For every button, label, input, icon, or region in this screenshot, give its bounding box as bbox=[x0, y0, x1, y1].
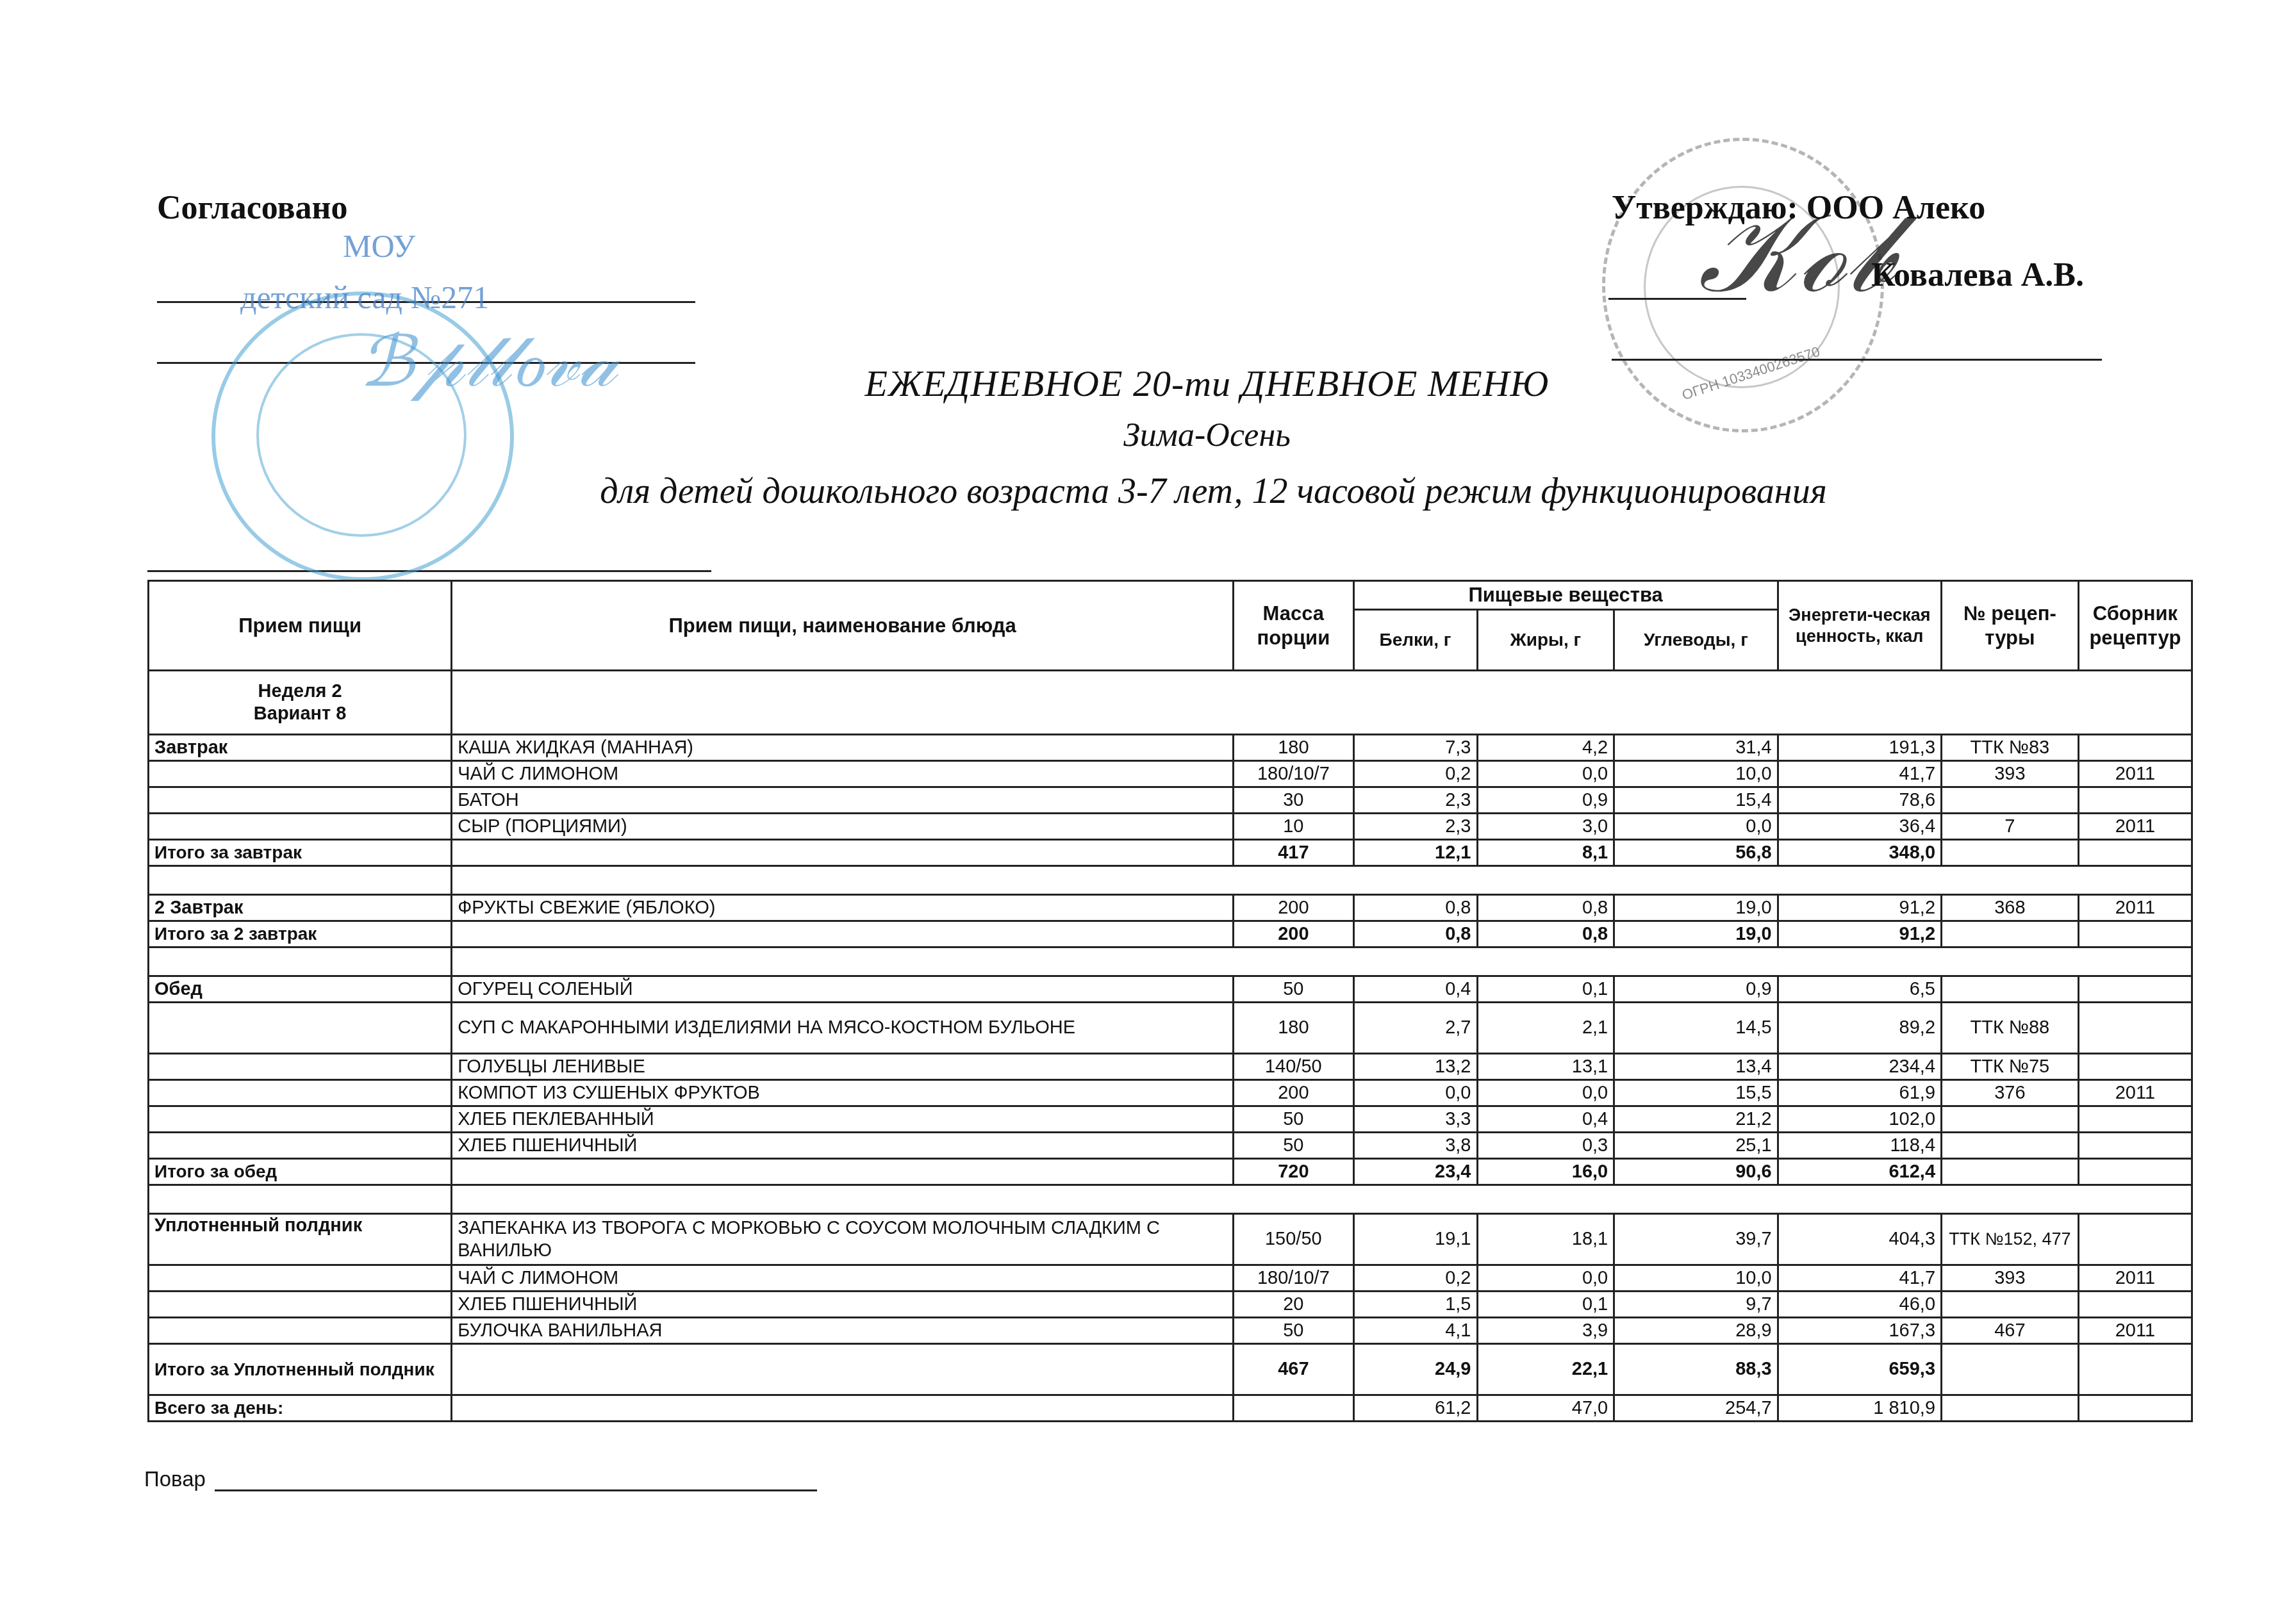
cook-signature-line bbox=[215, 1489, 817, 1491]
carbs-cell: 31,4 bbox=[1614, 735, 1778, 761]
header-fat: Жиры, г bbox=[1477, 610, 1614, 671]
meal-cell: Итого за обед bbox=[149, 1159, 452, 1185]
protein-cell: 4,1 bbox=[1353, 1318, 1477, 1344]
approver-name: Ковалева А.В. bbox=[1871, 256, 2084, 294]
carbs-cell: 90,6 bbox=[1614, 1159, 1778, 1185]
table-row: ГОЛУБЦЫ ЛЕНИВЫЕ140/5013,213,113,4234,4ТТ… bbox=[149, 1054, 2192, 1080]
dish-cell: КОМПОТ ИЗ СУШЕНЫХ ФРУКТОВ bbox=[452, 1080, 1234, 1106]
collection-cell: 2011 bbox=[2078, 814, 2192, 840]
carbs-cell: 56,8 bbox=[1614, 840, 1778, 866]
fat-cell: 0,0 bbox=[1477, 1265, 1614, 1292]
fat-cell: 0,0 bbox=[1477, 761, 1614, 787]
meal-cell bbox=[149, 1003, 452, 1054]
table-row: Уплотненный полдникЗАПЕКАНКА ИЗ ТВОРОГА … bbox=[149, 1214, 2192, 1265]
energy-cell: 36,4 bbox=[1778, 814, 1941, 840]
dish-cell: ЗАПЕКАНКА ИЗ ТВОРОГА С МОРКОВЬЮ С СОУСОМ… bbox=[452, 1214, 1234, 1265]
menu-season: Зима-Осень bbox=[0, 416, 2273, 454]
meal-cell bbox=[149, 1106, 452, 1133]
recipe-cell bbox=[1942, 787, 2079, 814]
meal-cell: Итого за 2 завтрак bbox=[149, 921, 452, 947]
mass-cell: 180/10/7 bbox=[1234, 761, 1354, 787]
collection-cell bbox=[2078, 1003, 2192, 1054]
collection-cell bbox=[2078, 787, 2192, 814]
recipe-cell: ТТК №88 bbox=[1942, 1003, 2079, 1054]
mass-cell: 467 bbox=[1234, 1344, 1354, 1395]
meal-cell: Всего за день: bbox=[149, 1395, 452, 1422]
recipe-cell bbox=[1942, 1159, 2079, 1185]
protein-cell: 0,8 bbox=[1353, 895, 1477, 921]
meal-cell bbox=[149, 761, 452, 787]
dish-cell: ХЛЕБ ПЕКЛЕВАННЫЙ bbox=[452, 1106, 1234, 1133]
fat-cell: 3,9 bbox=[1477, 1318, 1614, 1344]
spacer-cell bbox=[452, 866, 2192, 895]
menu-subtitle: для детей дошкольного возраста 3-7 лет, … bbox=[0, 471, 2273, 512]
meal-cell bbox=[149, 1133, 452, 1159]
fat-cell: 0,0 bbox=[1477, 1080, 1614, 1106]
meal-cell bbox=[149, 814, 452, 840]
table-row: ХЛЕБ ПШЕНИЧНЫЙ201,50,19,746,0 bbox=[149, 1292, 2192, 1318]
table-row: БАТОН302,30,915,478,6 bbox=[149, 787, 2192, 814]
stamp-org-text: МОУ bbox=[343, 227, 415, 265]
protein-cell: 24,9 bbox=[1353, 1344, 1477, 1395]
protein-cell: 7,3 bbox=[1353, 735, 1477, 761]
recipe-cell bbox=[1942, 976, 2079, 1003]
signature-line bbox=[1608, 298, 1746, 300]
mass-cell: 417 bbox=[1234, 840, 1354, 866]
protein-cell: 19,1 bbox=[1353, 1214, 1477, 1265]
collection-cell bbox=[2078, 1106, 2192, 1133]
fat-cell: 0,8 bbox=[1477, 895, 1614, 921]
collection-cell: 2011 bbox=[2078, 1318, 2192, 1344]
fat-cell: 0,4 bbox=[1477, 1106, 1614, 1133]
carbs-cell: 15,4 bbox=[1614, 787, 1778, 814]
mass-cell: 140/50 bbox=[1234, 1054, 1354, 1080]
spacer-row bbox=[149, 947, 2192, 976]
protein-cell: 3,3 bbox=[1353, 1106, 1477, 1133]
dish-cell: ЧАЙ С ЛИМОНОМ bbox=[452, 1265, 1234, 1292]
recipe-cell bbox=[1942, 1106, 2079, 1133]
mass-cell: 180 bbox=[1234, 735, 1354, 761]
energy-cell: 102,0 bbox=[1778, 1106, 1941, 1133]
meal-cell bbox=[149, 1265, 452, 1292]
meal-cell: 2 Завтрак bbox=[149, 895, 452, 921]
collection-cell: 2011 bbox=[2078, 895, 2192, 921]
meal-cell: Уплотненный полдник bbox=[149, 1214, 452, 1265]
agreed-label: Согласовано bbox=[157, 189, 348, 227]
grand-total-row: Всего за день:61,247,0254,71 810,9 bbox=[149, 1395, 2192, 1422]
fat-cell: 0,9 bbox=[1477, 787, 1614, 814]
dish-cell: ФРУКТЫ СВЕЖИЕ (ЯБЛОКО) bbox=[452, 895, 1234, 921]
cook-label: Повар bbox=[144, 1467, 206, 1491]
energy-cell: 6,5 bbox=[1778, 976, 1941, 1003]
energy-cell: 89,2 bbox=[1778, 1003, 1941, 1054]
meal-cell bbox=[149, 1080, 452, 1106]
dish-cell: БУЛОЧКА ВАНИЛЬНАЯ bbox=[452, 1318, 1234, 1344]
dish-cell bbox=[452, 1395, 1234, 1422]
fat-cell: 18,1 bbox=[1477, 1214, 1614, 1265]
meal-cell: Обед bbox=[149, 976, 452, 1003]
mass-cell: 50 bbox=[1234, 1318, 1354, 1344]
protein-cell: 0,8 bbox=[1353, 921, 1477, 947]
carbs-cell: 39,7 bbox=[1614, 1214, 1778, 1265]
meal-cell: Итого за Уплотненный полдник bbox=[149, 1344, 452, 1395]
variant-label: Вариант 8 bbox=[154, 703, 445, 725]
collection-cell bbox=[2078, 840, 2192, 866]
menu-table: Прием пищи Прием пищи, наименование блюд… bbox=[147, 580, 2193, 1422]
dish-cell bbox=[452, 1344, 1234, 1395]
carbs-cell: 0,0 bbox=[1614, 814, 1778, 840]
mass-cell: 50 bbox=[1234, 976, 1354, 1003]
recipe-cell: ТТК №75 bbox=[1942, 1054, 2079, 1080]
carbs-cell: 254,7 bbox=[1614, 1395, 1778, 1422]
header-meal: Прием пищи bbox=[149, 581, 452, 671]
recipe-cell bbox=[1942, 840, 2079, 866]
collection-cell bbox=[2078, 976, 2192, 1003]
table-row: ЧАЙ С ЛИМОНОМ180/10/70,20,010,041,739320… bbox=[149, 1265, 2192, 1292]
collection-cell bbox=[2078, 1214, 2192, 1265]
dish-cell: ХЛЕБ ПШЕНИЧНЫЙ bbox=[452, 1292, 1234, 1318]
spacer-cell bbox=[149, 866, 452, 895]
table-row: ЗавтракКАША ЖИДКАЯ (МАННАЯ)1807,34,231,4… bbox=[149, 735, 2192, 761]
mass-cell: 180 bbox=[1234, 1003, 1354, 1054]
fat-cell: 0,8 bbox=[1477, 921, 1614, 947]
table-row: 2 ЗавтракФРУКТЫ СВЕЖИЕ (ЯБЛОКО)2000,80,8… bbox=[149, 895, 2192, 921]
header-mass: Масса порции bbox=[1234, 581, 1354, 671]
table-row: СУП С МАКАРОННЫМИ ИЗДЕЛИЯМИ НА МЯСО-КОСТ… bbox=[149, 1003, 2192, 1054]
energy-cell: 404,3 bbox=[1778, 1214, 1941, 1265]
carbs-cell: 25,1 bbox=[1614, 1133, 1778, 1159]
energy-cell: 191,3 bbox=[1778, 735, 1941, 761]
collection-cell bbox=[2078, 1133, 2192, 1159]
carbs-cell: 21,2 bbox=[1614, 1106, 1778, 1133]
energy-cell: 41,7 bbox=[1778, 1265, 1941, 1292]
mass-cell: 50 bbox=[1234, 1106, 1354, 1133]
spacer-cell bbox=[452, 947, 2192, 976]
protein-cell: 2,7 bbox=[1353, 1003, 1477, 1054]
dish-cell: СУП С МАКАРОННЫМИ ИЗДЕЛИЯМИ НА МЯСО-КОСТ… bbox=[452, 1003, 1234, 1054]
fat-cell: 13,1 bbox=[1477, 1054, 1614, 1080]
dish-cell: СЫР (ПОРЦИЯМИ) bbox=[452, 814, 1234, 840]
fat-cell: 4,2 bbox=[1477, 735, 1614, 761]
mass-cell: 50 bbox=[1234, 1133, 1354, 1159]
recipe-cell: 376 bbox=[1942, 1080, 2079, 1106]
subtotal-row: Итого за Уплотненный полдник46724,922,18… bbox=[149, 1344, 2192, 1395]
carbs-cell: 9,7 bbox=[1614, 1292, 1778, 1318]
week-label: Неделя 2 bbox=[154, 680, 445, 703]
week-variant-cell: Неделя 2 Вариант 8 bbox=[149, 671, 452, 735]
protein-cell: 13,2 bbox=[1353, 1054, 1477, 1080]
fat-cell: 22,1 bbox=[1477, 1344, 1614, 1395]
table-row: БУЛОЧКА ВАНИЛЬНАЯ504,13,928,9167,3467201… bbox=[149, 1318, 2192, 1344]
table-row: СЫР (ПОРЦИЯМИ)102,33,00,036,472011 bbox=[149, 814, 2192, 840]
spacer-cell bbox=[452, 1185, 2192, 1214]
protein-cell: 23,4 bbox=[1353, 1159, 1477, 1185]
collection-cell bbox=[2078, 1159, 2192, 1185]
meal-cell bbox=[149, 1054, 452, 1080]
protein-cell: 3,8 bbox=[1353, 1133, 1477, 1159]
spacer-row bbox=[149, 1185, 2192, 1214]
fat-cell: 0,3 bbox=[1477, 1133, 1614, 1159]
mass-cell: 200 bbox=[1234, 1080, 1354, 1106]
collection-cell bbox=[2078, 1395, 2192, 1422]
meal-cell: Завтрак bbox=[149, 735, 452, 761]
fat-cell: 0,1 bbox=[1477, 976, 1614, 1003]
recipe-cell bbox=[1942, 921, 2079, 947]
subtotal-row: Итого за обед72023,416,090,6612,4 bbox=[149, 1159, 2192, 1185]
header-dish: Прием пищи, наименование блюда bbox=[452, 581, 1234, 671]
fat-cell: 8,1 bbox=[1477, 840, 1614, 866]
fat-cell: 3,0 bbox=[1477, 814, 1614, 840]
meal-cell: Итого за завтрак bbox=[149, 840, 452, 866]
mass-cell: 720 bbox=[1234, 1159, 1354, 1185]
dish-cell bbox=[452, 840, 1234, 866]
table-row: ХЛЕБ ПЕКЛЕВАННЫЙ503,30,421,2102,0 bbox=[149, 1106, 2192, 1133]
table-row: ОбедОГУРЕЦ СОЛЕНЫЙ500,40,10,96,5 bbox=[149, 976, 2192, 1003]
collection-cell bbox=[2078, 735, 2192, 761]
protein-cell: 12,1 bbox=[1353, 840, 1477, 866]
dish-cell: ХЛЕБ ПШЕНИЧНЫЙ bbox=[452, 1133, 1234, 1159]
energy-cell: 46,0 bbox=[1778, 1292, 1941, 1318]
dish-cell bbox=[452, 1159, 1234, 1185]
subtotal-row: Итого за завтрак41712,18,156,8348,0 bbox=[149, 840, 2192, 866]
dish-cell bbox=[452, 921, 1234, 947]
carbs-cell: 0,9 bbox=[1614, 976, 1778, 1003]
energy-cell: 659,3 bbox=[1778, 1344, 1941, 1395]
energy-cell: 234,4 bbox=[1778, 1054, 1941, 1080]
meal-cell bbox=[149, 787, 452, 814]
carbs-cell: 10,0 bbox=[1614, 1265, 1778, 1292]
protein-cell: 0,4 bbox=[1353, 976, 1477, 1003]
recipe-cell bbox=[1942, 1344, 2079, 1395]
carbs-cell: 13,4 bbox=[1614, 1054, 1778, 1080]
mass-cell: 180/10/7 bbox=[1234, 1265, 1354, 1292]
protein-cell: 2,3 bbox=[1353, 787, 1477, 814]
subtotal-row: Итого за 2 завтрак2000,80,819,091,2 bbox=[149, 921, 2192, 947]
mass-cell: 20 bbox=[1234, 1292, 1354, 1318]
recipe-cell: 393 bbox=[1942, 1265, 2079, 1292]
protein-cell: 0,2 bbox=[1353, 1265, 1477, 1292]
header-carbs: Углеводы, г bbox=[1614, 610, 1778, 671]
carbs-cell: 88,3 bbox=[1614, 1344, 1778, 1395]
energy-cell: 1 810,9 bbox=[1778, 1395, 1941, 1422]
fat-cell: 2,1 bbox=[1477, 1003, 1614, 1054]
collection-cell: 2011 bbox=[2078, 761, 2192, 787]
mass-cell: 10 bbox=[1234, 814, 1354, 840]
carbs-cell: 10,0 bbox=[1614, 761, 1778, 787]
recipe-cell: 467 bbox=[1942, 1318, 2079, 1344]
meal-cell bbox=[149, 1292, 452, 1318]
mass-cell: 200 bbox=[1234, 921, 1354, 947]
table-row: КОМПОТ ИЗ СУШЕНЫХ ФРУКТОВ2000,00,015,561… bbox=[149, 1080, 2192, 1106]
protein-cell: 0,0 bbox=[1353, 1080, 1477, 1106]
table-row: ХЛЕБ ПШЕНИЧНЫЙ503,80,325,1118,4 bbox=[149, 1133, 2192, 1159]
recipe-cell: 368 bbox=[1942, 895, 2079, 921]
collection-cell: 2011 bbox=[2078, 1265, 2192, 1292]
mass-cell: 150/50 bbox=[1234, 1214, 1354, 1265]
stamp-name-text: детский сад №271 bbox=[240, 279, 489, 316]
fat-cell: 0,1 bbox=[1477, 1292, 1614, 1318]
dish-cell: ЧАЙ С ЛИМОНОМ bbox=[452, 761, 1234, 787]
signature-line bbox=[1612, 359, 2102, 361]
spacer-cell bbox=[149, 947, 452, 976]
header-recipe-no: № рецеп-туры bbox=[1942, 581, 2079, 671]
recipe-cell bbox=[1942, 1133, 2079, 1159]
menu-title: ЕЖЕДНЕВНОЕ 20-ти ДНЕВНОЕ МЕНЮ bbox=[0, 362, 2273, 405]
recipe-cell bbox=[1942, 1292, 2079, 1318]
mass-cell: 200 bbox=[1234, 895, 1354, 921]
energy-cell: 118,4 bbox=[1778, 1133, 1941, 1159]
protein-cell: 0,2 bbox=[1353, 761, 1477, 787]
header-energy: Энергети-ческая ценность, ккал bbox=[1778, 581, 1941, 671]
mass-cell: 30 bbox=[1234, 787, 1354, 814]
mass-cell bbox=[1234, 1395, 1354, 1422]
recipe-cell: ТТК №152, 477 bbox=[1942, 1214, 2079, 1265]
recipe-cell: 7 bbox=[1942, 814, 2079, 840]
week-spacer bbox=[452, 671, 2192, 735]
energy-cell: 348,0 bbox=[1778, 840, 1941, 866]
energy-cell: 41,7 bbox=[1778, 761, 1941, 787]
dish-cell: ОГУРЕЦ СОЛЕНЫЙ bbox=[452, 976, 1234, 1003]
collection-cell bbox=[2078, 1344, 2192, 1395]
protein-cell: 1,5 bbox=[1353, 1292, 1477, 1318]
recipe-cell bbox=[1942, 1395, 2079, 1422]
meal-cell bbox=[149, 1318, 452, 1344]
carbs-cell: 14,5 bbox=[1614, 1003, 1778, 1054]
energy-cell: 78,6 bbox=[1778, 787, 1941, 814]
recipe-cell: 393 bbox=[1942, 761, 2079, 787]
dish-cell: БАТОН bbox=[452, 787, 1234, 814]
energy-cell: 91,2 bbox=[1778, 895, 1941, 921]
collection-cell bbox=[2078, 1292, 2192, 1318]
energy-cell: 61,9 bbox=[1778, 1080, 1941, 1106]
header-nutrients: Пищевые вещества bbox=[1353, 581, 1778, 610]
dish-cell: КАША ЖИДКАЯ (МАННАЯ) bbox=[452, 735, 1234, 761]
signature-line bbox=[147, 570, 711, 572]
carbs-cell: 19,0 bbox=[1614, 895, 1778, 921]
spacer-row bbox=[149, 866, 2192, 895]
header-protein: Белки, г bbox=[1353, 610, 1477, 671]
dish-cell: ГОЛУБЦЫ ЛЕНИВЫЕ bbox=[452, 1054, 1234, 1080]
carbs-cell: 15,5 bbox=[1614, 1080, 1778, 1106]
energy-cell: 91,2 bbox=[1778, 921, 1941, 947]
collection-cell bbox=[2078, 921, 2192, 947]
energy-cell: 167,3 bbox=[1778, 1318, 1941, 1344]
protein-cell: 2,3 bbox=[1353, 814, 1477, 840]
recipe-cell: ТТК №83 bbox=[1942, 735, 2079, 761]
carbs-cell: 19,0 bbox=[1614, 921, 1778, 947]
header-collection: Сборник рецептур bbox=[2078, 581, 2192, 671]
approved-label: Утверждаю: ООО Алеко bbox=[1612, 189, 1985, 227]
spacer-cell bbox=[149, 1185, 452, 1214]
table-row: ЧАЙ С ЛИМОНОМ180/10/70,20,010,041,739320… bbox=[149, 761, 2192, 787]
protein-cell: 61,2 bbox=[1353, 1395, 1477, 1422]
fat-cell: 47,0 bbox=[1477, 1395, 1614, 1422]
collection-cell bbox=[2078, 1054, 2192, 1080]
collection-cell: 2011 bbox=[2078, 1080, 2192, 1106]
energy-cell: 612,4 bbox=[1778, 1159, 1941, 1185]
fat-cell: 16,0 bbox=[1477, 1159, 1614, 1185]
carbs-cell: 28,9 bbox=[1614, 1318, 1778, 1344]
